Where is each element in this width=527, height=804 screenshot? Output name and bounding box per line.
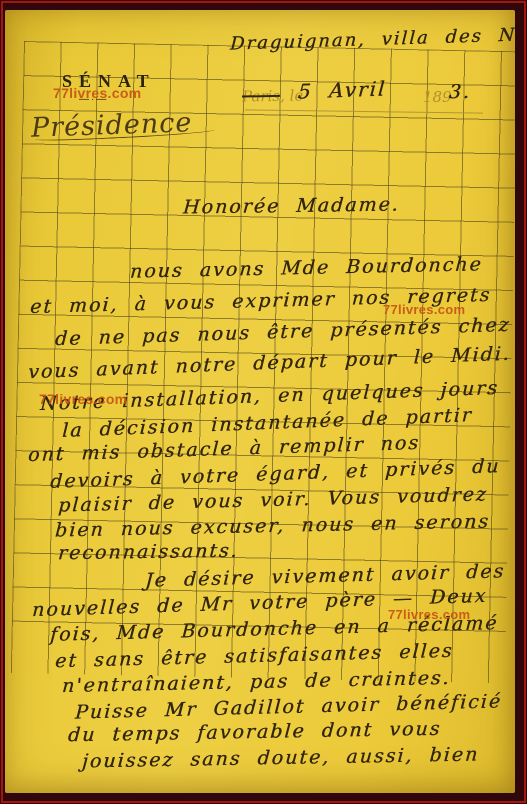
- scanned-letter-page: SÉNAT —·— Présidence Draguignan, villa d…: [0, 0, 527, 804]
- watermark-top: 77livres.com: [53, 85, 141, 101]
- handwritten-date: 5 Avril: [297, 76, 387, 103]
- printed-date-prefix: Paris, le: [242, 86, 304, 105]
- handwritten-year-digit: 3.: [448, 81, 471, 103]
- handwritten-line: reconnaissants.: [57, 540, 239, 565]
- handwritten-line: jouissez sans doute, aussi, bien: [81, 744, 480, 773]
- watermark-upper-right: 77livres.com: [383, 302, 465, 317]
- salutation: Honorée Madame.: [182, 193, 400, 218]
- watermark-lower-right: 77livres.com: [388, 607, 470, 622]
- letter-paper: SÉNAT —·— Présidence Draguignan, villa d…: [5, 10, 515, 793]
- printed-year-prefix: 189: [423, 88, 452, 106]
- printed-city-struck: Paris: [242, 87, 280, 106]
- watermark-middle-left: 77livres.com: [39, 391, 127, 407]
